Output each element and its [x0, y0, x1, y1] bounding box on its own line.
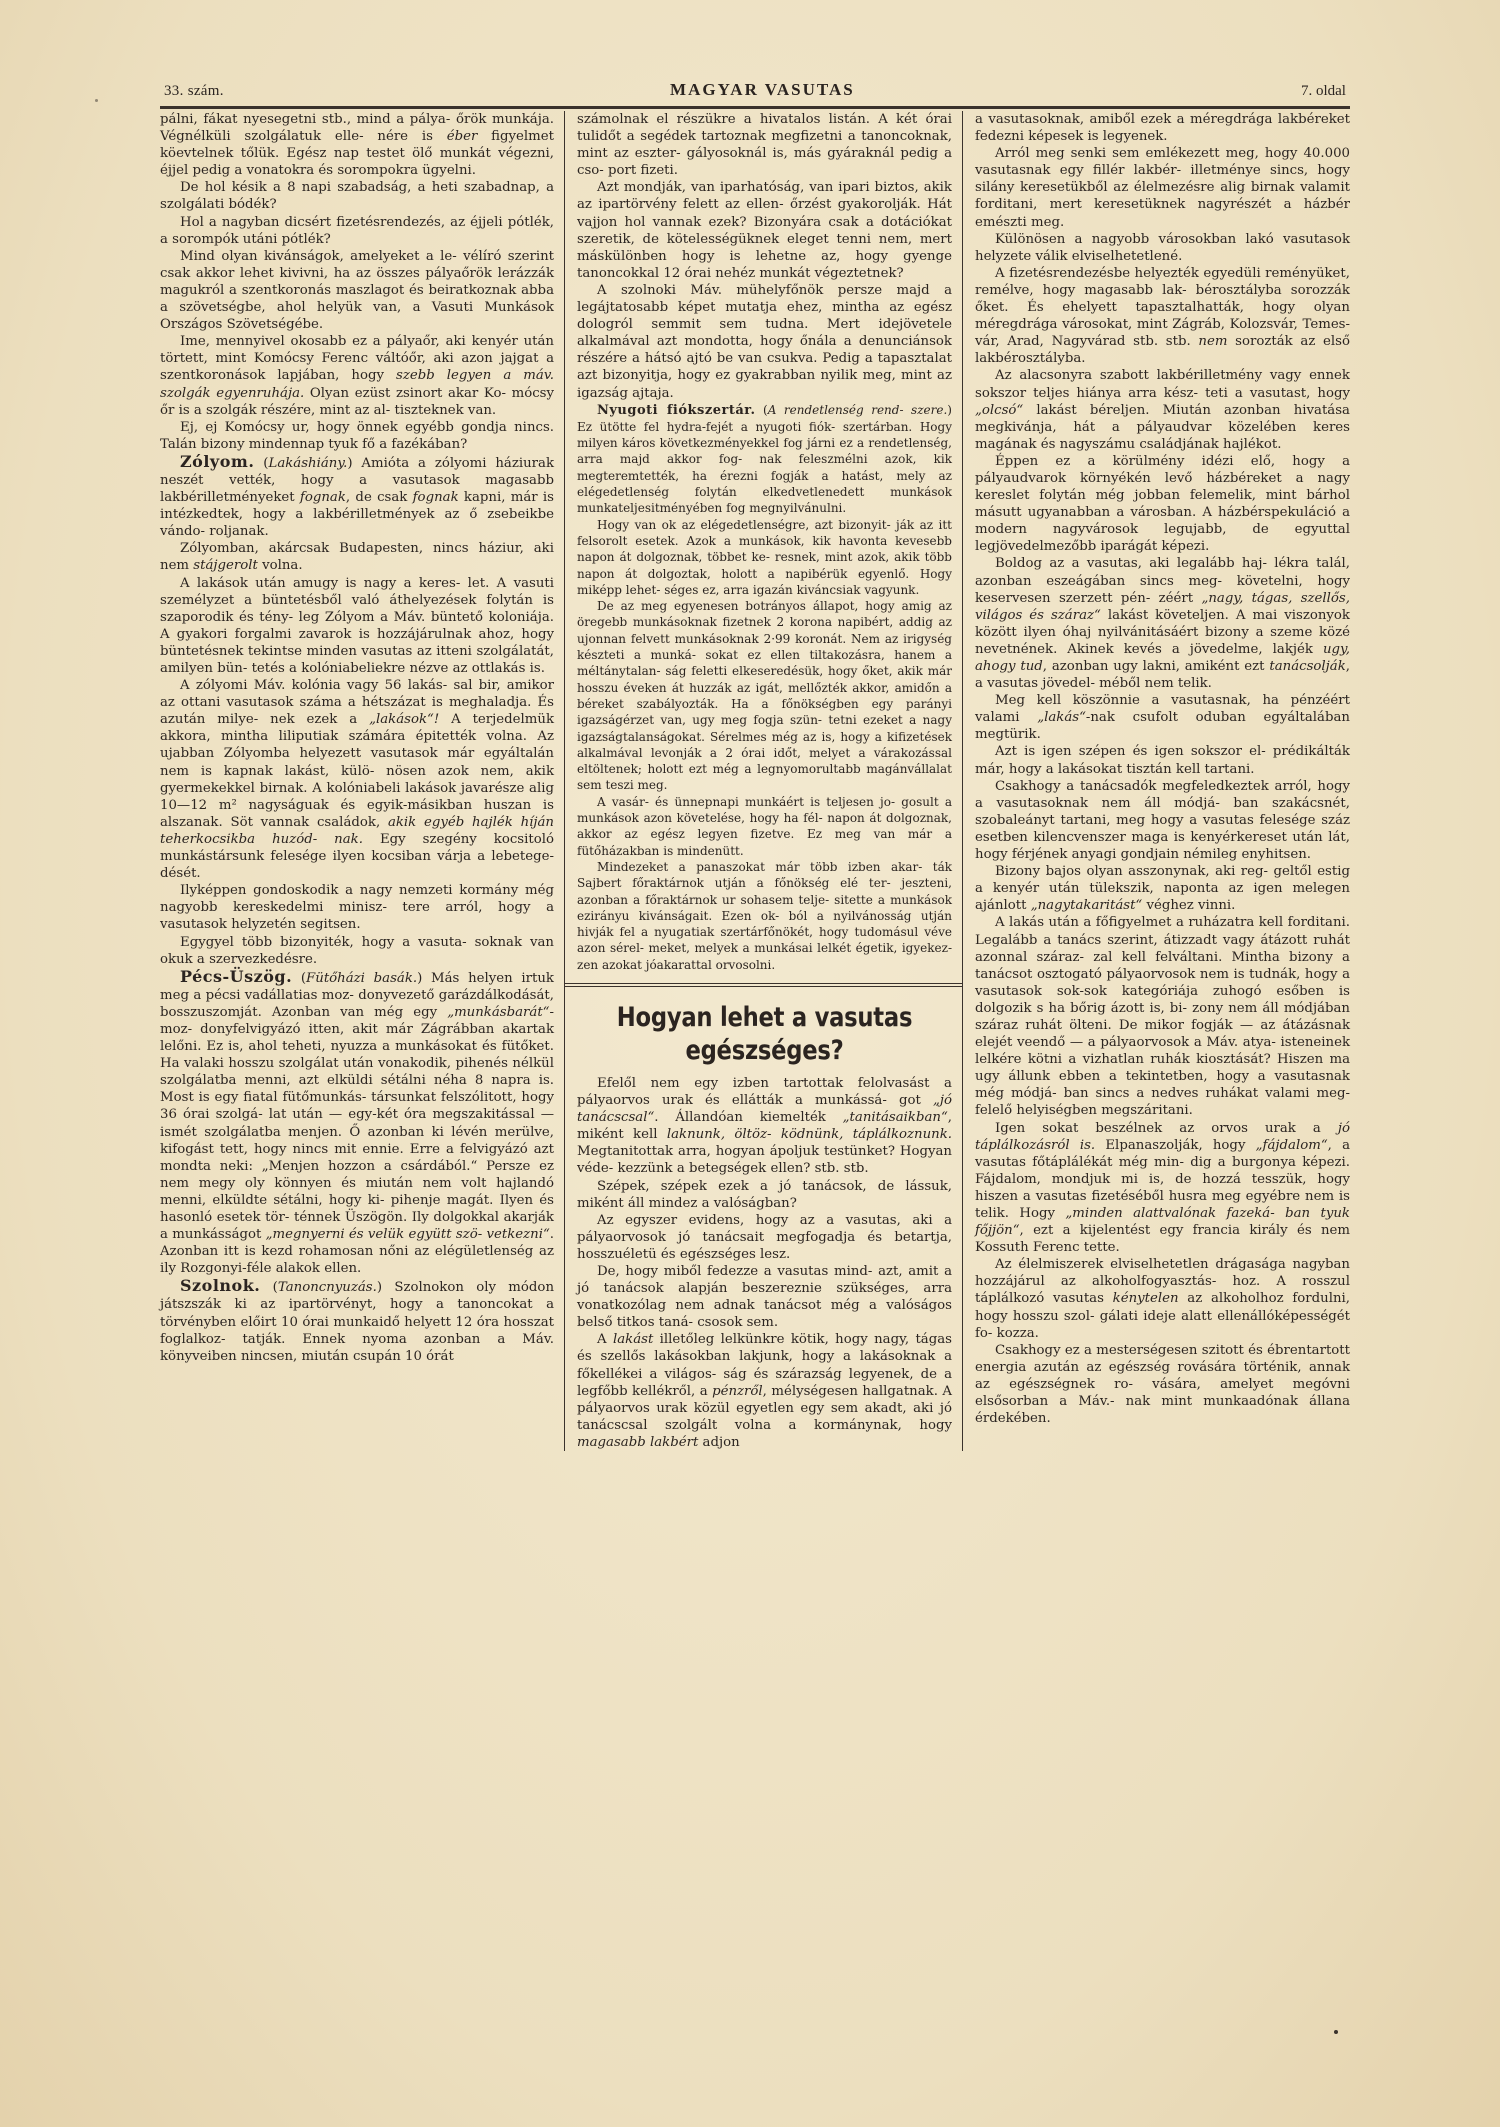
article-divider [565, 983, 962, 987]
emphasis: „olcsó“ [975, 403, 1023, 418]
text-run: Különösen a nagyobb városokban lakó vasu… [975, 232, 1350, 264]
paragraph: Efelől nem egy izben tartottak felolvasá… [577, 1075, 952, 1178]
emphasis: Fütőházi basák. [306, 971, 417, 986]
paragraph: Csakhogy ez a mesterségesen szitott és é… [975, 1342, 1350, 1427]
emphasis: „lakás“ [1037, 710, 1086, 725]
paragraph: Meg kell köszönnie a vasutasnak, ha pénz… [975, 692, 1350, 743]
emphasis: Lakáshiány. [268, 456, 347, 471]
text-run: Éppen ez a körülmény idézi elő, hogy a p… [975, 454, 1350, 554]
text-run: Igen sokat beszélnek az orvos urak a [995, 1121, 1338, 1136]
paragraph: Szolnok. (Tanoncnyuzás.) Szolnokon oly m… [160, 1277, 554, 1364]
text-run: lakást béreljen. Miután azonban hivatása… [975, 403, 1350, 452]
emphasis: Tanoncnyuzás. [278, 1280, 377, 1295]
emphasis: „fájdalom“ [1256, 1138, 1328, 1153]
paragraph: Különösen a nagyobb városokban lakó vasu… [975, 231, 1350, 265]
paragraph: Az élelmiszerek elviselhetetlen drágaság… [975, 1256, 1350, 1341]
print-speck [95, 99, 98, 102]
column-1: pálni, fákat nyesegetni stb., mind a pál… [160, 111, 564, 1451]
paragraph: Boldog az a vasutas, aki legalább haj- l… [975, 555, 1350, 692]
paragraph: Ime, mennyivel okosabb ez a pályaőr, aki… [160, 333, 554, 418]
paragraph: Bizony bajos olyan asszonynak, aki reg- … [975, 863, 1350, 914]
text-run: ( [254, 456, 268, 471]
text-columns: pálni, fákat nyesegetni stb., mind a pál… [160, 111, 1350, 1451]
emphasis: A rendetlenség rend- szere. [768, 403, 948, 417]
text-run: számolnak el részükre a hivatalos listán… [577, 112, 952, 178]
paragraph: A lakás után a főfigyelmet a ruházatra k… [975, 914, 1350, 1119]
text-run: Azt is igen szépen és igen sokszor el- p… [975, 744, 1350, 776]
text-run: A terjedelmük akkora, mintha liliputiak … [160, 712, 554, 830]
paragraph: Az alacsonyra szabott lakbérilletmény va… [975, 367, 1350, 452]
paragraph: Mindezeket a panaszokat már több izben a… [577, 859, 952, 973]
emphasis: „tanitásaikban“ [843, 1110, 948, 1125]
text-run: A lakás után a főfigyelmet a ruházatra k… [975, 915, 1350, 1118]
paragraph: A zólyomi Máv. kolónia vagy 56 lakás- sa… [160, 677, 554, 882]
column-2: számolnak el részükre a hivatalos listán… [564, 111, 962, 1451]
paragraph: Azt is igen szépen és igen sokszor el- p… [975, 743, 1350, 777]
paragraph: A lakások után amugy is nagy a keres- le… [160, 575, 554, 678]
text-run: De hol késik a 8 napi szabadság, a heti … [160, 180, 554, 212]
column-3: a vasutasoknak, amiből ezek a méregdrága… [962, 111, 1350, 1451]
text-run: volna. [258, 558, 303, 573]
emphasis: lakást [613, 1332, 653, 1347]
text-run: , ezt a kijelentést egy francia király é… [975, 1223, 1350, 1255]
text-run: Efelől nem egy izben tartottak felolvasá… [577, 1076, 952, 1108]
headline-line-1: Hogyan lehet a vasutas [607, 1001, 922, 1034]
section-lead: Pécs-Üszög. [180, 967, 292, 986]
text-run: ) Ez ütötte fel hydra-fejét a nyugoti fi… [577, 403, 952, 516]
text-run: adjon [698, 1435, 739, 1450]
text-run: A [597, 1332, 613, 1347]
text-run: A lakások után amugy is nagy a keres- le… [160, 576, 554, 676]
paragraph: Csakhogy a tanácsadók megfeledkeztek arr… [975, 778, 1350, 863]
article-headline: Hogyan lehet a vasutas egészséges? [607, 1001, 922, 1067]
text-run: Egygyel több bizonyiték, hogy a vasuta- … [160, 935, 554, 967]
page-number: 7. oldal [1301, 83, 1346, 100]
paragraph: Zólyom. (Lakáshiány.) Amióta a zólyomi h… [160, 453, 554, 540]
emphasis: pénzről [712, 1384, 763, 1399]
paragraph: Hol a nagyban dicsért fizetésrendezés, a… [160, 214, 554, 248]
text-run: véghez vinni. [1142, 898, 1235, 913]
newspaper-page: 33. szám. MAGYAR VASUTAS 7. oldal pálni,… [160, 78, 1350, 1451]
text-run: De az meg egyenesen botrányos állapot, h… [577, 599, 952, 792]
text-run: A vasár- és ünnepnapi munkáért is teljes… [577, 795, 952, 858]
emphasis: nem [1198, 334, 1227, 349]
paragraph: Arról meg senki sem emlékezett meg, hogy… [975, 145, 1350, 230]
newspaper-title: MAGYAR VASUTAS [670, 80, 855, 100]
masthead: 33. szám. MAGYAR VASUTAS 7. oldal [160, 78, 1350, 104]
text-run: Az alacsonyra szabott lakbérilletmény va… [975, 368, 1350, 400]
article-body: Efelől nem egy izben tartottak felolvasá… [577, 1075, 952, 1451]
paragraph: De az meg egyenesen botrányos állapot, h… [577, 598, 952, 794]
emphasis: fognak [300, 490, 346, 505]
text-run: Csakhogy a tanácsadók megfeledkeztek arr… [975, 779, 1350, 862]
paragraph: A szolnoki Máv. mühelyfőnök persze majd … [577, 282, 952, 402]
paragraph: Hogy van ok az elégedetlenségre, azt biz… [577, 517, 952, 598]
paragraph: Ilyképpen gondoskodik a nagy nemzeti kor… [160, 882, 554, 933]
text-run: a vasutasoknak, amiből ezek a méregdrága… [975, 112, 1350, 144]
paragraph: Szépek, szépek ezek a jó tanácsok, de lá… [577, 1178, 952, 1212]
paragraph: Igen sokat beszélnek az orvos urak a jó … [975, 1120, 1350, 1257]
paragraph: De hol késik a 8 napi szabadság, a heti … [160, 179, 554, 213]
issue-number: 33. szám. [164, 83, 224, 100]
text-run: Mind olyan kivánságok, amelyeket a le- v… [160, 249, 554, 332]
paragraph: A vasár- és ünnepnapi munkáért is teljes… [577, 794, 952, 859]
emphasis: fognak [413, 490, 459, 505]
text-run: Arról meg senki sem emlékezett meg, hogy… [975, 146, 1350, 229]
text-run: Azt mondják, van iparhatóság, van ipari … [577, 180, 952, 280]
paragraph: Zólyomban, akárcsak Budapesten, nincs há… [160, 540, 554, 574]
text-run: Megtanitottak arra, hogyan ápoljuk testü… [577, 1144, 952, 1176]
emphasis: „nagytakaritást“ [1031, 898, 1143, 913]
paragraph: a vasutasoknak, amiből ezek a méregdrága… [975, 111, 1350, 145]
section-lead: Zólyom. [180, 452, 254, 471]
text-run: Hol a nagyban dicsért fizetésrendezés, a… [160, 215, 554, 247]
text-run: Szépek, szépek ezek a jó tanácsok, de lá… [577, 1179, 952, 1211]
masthead-rule [160, 106, 1350, 109]
column-2-news: számolnak el részükre a hivatalos listán… [577, 111, 952, 973]
emphasis: kénytelen [1113, 1291, 1179, 1306]
paragraph: Az egyszer evidens, hogy az a vasutas, a… [577, 1212, 952, 1263]
paragraph: A lakást illetőleg lelkünkre kötik, hogy… [577, 1331, 952, 1451]
print-speck [1334, 2030, 1338, 2034]
text-run: , azonban ugy lakni, amiként ezt [1043, 659, 1270, 674]
text-run: Ej, ej Komócsy ur, hogy önnek egyébb gon… [160, 420, 554, 452]
text-run: ( [292, 971, 306, 986]
text-run: Ilyképpen gondoskodik a nagy nemzeti kor… [160, 883, 554, 932]
paragraph: A fizetésrendezésbe helyezték egyedüli r… [975, 265, 1350, 368]
text-run: -moz- donyfelvigyázó itten, akit már Zág… [160, 1005, 554, 1242]
paragraph: pálni, fákat nyesegetni stb., mind a pál… [160, 111, 554, 179]
section-lead: Szolnok. [180, 1276, 260, 1295]
paragraph: Nyugoti fiókszertár. (A rendetlenség ren… [577, 402, 952, 517]
text-run: ( [260, 1280, 278, 1295]
emphasis: tanácsolják [1269, 659, 1345, 674]
emphasis: „munkásbarát“ [447, 1005, 549, 1020]
text-run: . Állandóan kiemelték [654, 1110, 842, 1125]
paragraph: De, hogy miből fedezze a vasutas mind- a… [577, 1263, 952, 1331]
text-run: Hogy van ok az elégedetlenségre, azt biz… [577, 518, 952, 597]
emphasis: éber [447, 129, 478, 144]
text-run: , de csak [346, 490, 413, 505]
emphasis: laknunk, öltöz- ködnünk, táplálkoznunk. [667, 1127, 952, 1142]
emphasis: magasabb lakbért [577, 1435, 698, 1450]
headline-line-2: egészséges? [607, 1034, 922, 1067]
paragraph: Éppen ez a körülmény idézi elő, hogy a p… [975, 453, 1350, 556]
section-lead: Nyugoti fiókszertár. [597, 403, 755, 418]
text-run: Mindezeket a panaszokat már több izben a… [577, 860, 952, 972]
paragraph: Mind olyan kivánságok, amelyeket a le- v… [160, 248, 554, 333]
text-run: Az egyszer evidens, hogy az a vasutas, a… [577, 1213, 952, 1262]
text-run: Csakhogy ez a mesterségesen szitott és é… [975, 1343, 1350, 1426]
text-run: De, hogy miből fedezze a vasutas mind- a… [577, 1264, 952, 1330]
emphasis: „megnyerni és velük együtt szö- vetkezni… [266, 1227, 550, 1242]
text-run: ( [755, 403, 767, 417]
emphasis: stájgerolt [193, 558, 258, 573]
paragraph: Azt mondják, van iparhatóság, van ipari … [577, 179, 952, 282]
paragraph: Pécs-Üszög. (Fütőházi basák.) Más helyen… [160, 968, 554, 1278]
text-run: A szolnoki Máv. mühelyfőnök persze majd … [577, 283, 952, 401]
paragraph: számolnak el részükre a hivatalos listán… [577, 111, 952, 179]
paragraph: Egygyel több bizonyiték, hogy a vasuta- … [160, 934, 554, 968]
emphasis: „lakások“! [369, 712, 439, 727]
text-run: Elpanaszolják, hogy [1095, 1138, 1256, 1153]
paragraph: Ej, ej Komócsy ur, hogy önnek egyébb gon… [160, 419, 554, 453]
